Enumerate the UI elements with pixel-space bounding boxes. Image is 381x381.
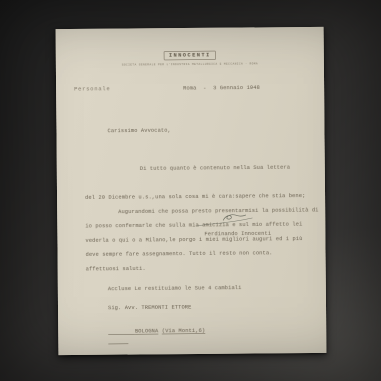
letterhead-subline: SOCIETA GENERALE PER L'INDUSTRIA METALLU…: [56, 61, 324, 67]
signatory-name: Ferdinando Innocenti: [204, 229, 271, 239]
salutation: Carissimo Avvocato,: [107, 126, 171, 136]
body-line: affettuosi saluti.: [86, 263, 302, 274]
body-paragraph-2: Augurandomi che possa presto presentarmi…: [85, 187, 302, 293]
body-line: Augurandomi che possa presto presentarmi…: [85, 206, 301, 217]
letter-paper: INNOCENTI SOCIETA GENERALE PER L'INDUSTR…: [56, 27, 327, 355]
recipient-address-line: BOLOGNA(Via Monti,6): [108, 317, 205, 346]
letterhead: INNOCENTI SOCIETA GENERALE PER L'INDUSTR…: [56, 49, 324, 67]
letterhead-brand-box: INNOCENTI: [164, 51, 216, 60]
letter-sheet: INNOCENTI SOCIETA GENERALE PER L'INDUSTR…: [56, 27, 327, 355]
handwritten-signature: [195, 211, 254, 229]
recipient-city: BOLOGNA: [135, 328, 158, 334]
reference-note: Personale: [74, 85, 110, 95]
body-line: Di tutto quanto è contenuto nella Sua le…: [85, 163, 301, 174]
letterhead-brand-text: INNOCENTI: [169, 52, 211, 58]
recipient-street: (Via Monti,6): [162, 328, 205, 334]
dateline: Roma - 3 Gennaio 1948: [183, 83, 260, 93]
recipient-name-line: Sig. Avv. TREMONTI ETTORE: [108, 303, 192, 313]
photo-background: INNOCENTI SOCIETA GENERALE PER L'INDUSTR…: [0, 0, 381, 381]
enclosure-note: Accluse Le restituiamo le Sue 4 cambiali: [108, 284, 242, 295]
